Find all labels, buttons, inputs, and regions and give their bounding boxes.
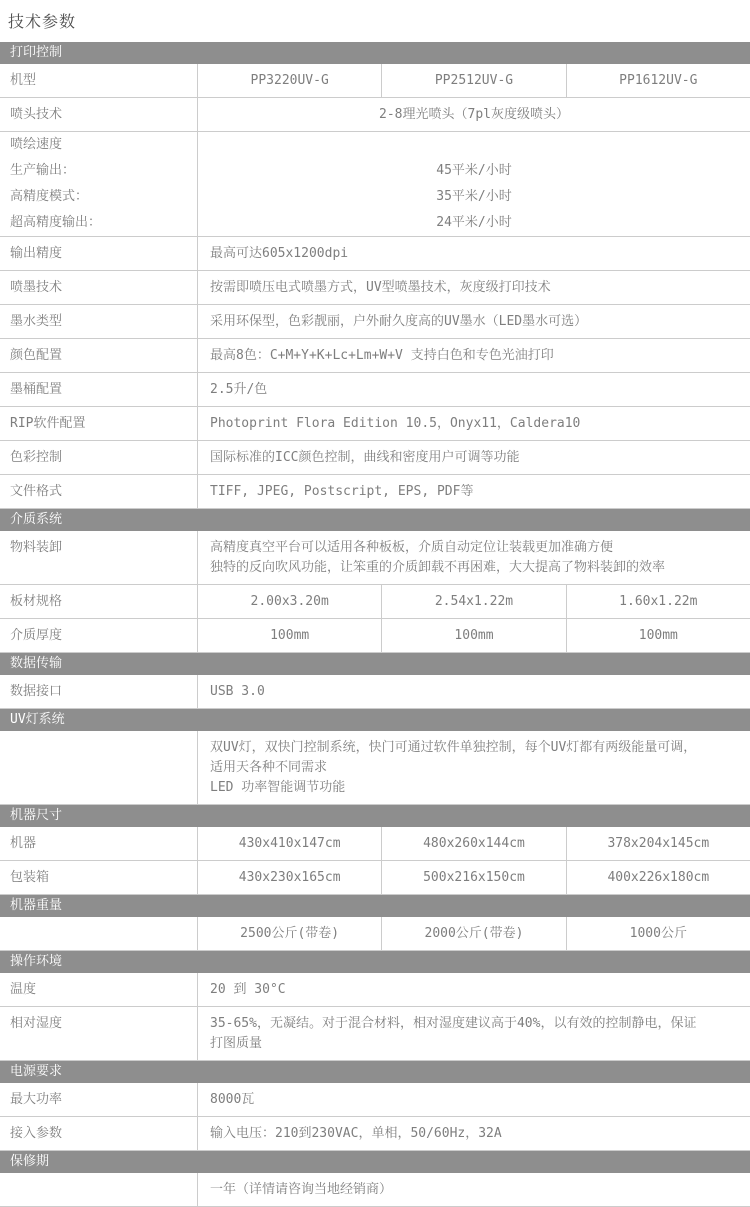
table-row: RIP软件配置Photoprint Flora Edition 10.5，Ony… xyxy=(0,407,750,441)
section-header: 电源要求 xyxy=(0,1061,750,1083)
section-header: 保修期 xyxy=(0,1151,750,1173)
text-line: 输入电压：210到230VAC，单相，50/60Hz，32A xyxy=(210,1124,736,1144)
row-label xyxy=(0,731,197,804)
row-value: 45平米/小时35平米/小时24平米/小时 xyxy=(197,132,750,236)
row-label: 文件格式 xyxy=(0,475,197,508)
spec-table: 打印控制机型PP3220UV-GPP2512UV-GPP1612UV-G喷头技术… xyxy=(0,42,750,1207)
section-header: 机器尺寸 xyxy=(0,805,750,827)
row-value: 采用环保型，色彩靓丽，户外耐久度高的UV墨水（LED墨水可选） xyxy=(197,305,750,338)
row-value: 按需即喷压电式喷墨方式，UV型喷墨技术，灰度级打印技术 xyxy=(197,271,750,304)
row-value: 最高可达605x1200dpi xyxy=(197,237,750,270)
text-line: 双UV灯，双快门控制系统，快门可通过软件单独控制，每个UV灯都有两级能量可调， xyxy=(210,738,736,758)
text-line: LED 功率智能调节功能 xyxy=(210,778,736,798)
row-label: 机器 xyxy=(0,827,197,860)
text-line: USB 3.0 xyxy=(210,682,736,702)
row-value: 100mm xyxy=(566,619,750,652)
section-header: 打印控制 xyxy=(0,42,750,64)
row-value: 378x204x145cm xyxy=(566,827,750,860)
spec-sheet-page: 技术参数 打印控制机型PP3220UV-GPP2512UV-GPP1612UV-… xyxy=(0,0,750,1207)
text-line: 一年（详情请咨询当地经销商） xyxy=(210,1180,736,1200)
table-row: 墨水类型采用环保型，色彩靓丽，户外耐久度高的UV墨水（LED墨水可选） xyxy=(0,305,750,339)
section-header: UV灯系统 xyxy=(0,709,750,731)
text-line: 8000瓦 xyxy=(210,1090,736,1110)
text-line: 生产输出： xyxy=(10,158,191,184)
row-value: USB 3.0 xyxy=(197,675,750,708)
page-title: 技术参数 xyxy=(0,0,750,42)
text-line: 喷绘速度 xyxy=(10,132,191,158)
row-value: 2-8理光喷头（7pl灰度级喷头） xyxy=(197,98,750,131)
table-row: 数据接口USB 3.0 xyxy=(0,675,750,709)
row-value: 400x226x180cm xyxy=(566,861,750,894)
row-label xyxy=(0,917,197,950)
text-line: 24平米/小时 xyxy=(202,210,746,236)
table-row: 最大功率8000瓦 xyxy=(0,1083,750,1117)
row-value: 双UV灯，双快门控制系统，快门可通过软件单独控制，每个UV灯都有两级能量可调，适… xyxy=(197,731,750,804)
row-value: 430x410x147cm xyxy=(197,827,381,860)
table-row: 温度20 到 30°C xyxy=(0,973,750,1007)
text-line: TIFF, JPEG, Postscript, EPS, PDF等 xyxy=(210,482,736,502)
row-value: TIFF, JPEG, Postscript, EPS, PDF等 xyxy=(197,475,750,508)
text-line: Photoprint Flora Edition 10.5，Onyx11，Cal… xyxy=(210,414,736,434)
row-label: 包装箱 xyxy=(0,861,197,894)
row-label: 输出精度 xyxy=(0,237,197,270)
row-value: 一年（详情请咨询当地经销商） xyxy=(197,1173,750,1206)
row-value: 输入电压：210到230VAC，单相，50/60Hz，32A xyxy=(197,1117,750,1150)
row-label: 数据接口 xyxy=(0,675,197,708)
table-row: 喷墨技术按需即喷压电式喷墨方式，UV型喷墨技术，灰度级打印技术 xyxy=(0,271,750,305)
row-label: 墨水类型 xyxy=(0,305,197,338)
row-label: 喷墨技术 xyxy=(0,271,197,304)
table-row: 一年（详情请咨询当地经销商） xyxy=(0,1173,750,1207)
table-row: 色彩控制国际标准的ICC颜色控制，曲线和密度用户可调等功能 xyxy=(0,441,750,475)
row-label: 墨桶配置 xyxy=(0,373,197,406)
row-value: 35-65%，无凝结。对于混合材料，相对湿度建议高于40%，以有效的控制静电，保… xyxy=(197,1007,750,1060)
text-line: 独特的反向吹风功能，让笨重的介质卸载不再困难，大大提高了物料装卸的效率 xyxy=(210,558,736,578)
row-value: 20 到 30°C xyxy=(197,973,750,1006)
table-row: 颜色配置最高8色：C+M+Y+K+Lc+Lm+W+V 支持白色和专色光油打印 xyxy=(0,339,750,373)
row-value: 100mm xyxy=(381,619,565,652)
row-value: 高精度真空平台可以适用各种板板，介质自动定位让装载更加准确方便独特的反向吹风功能… xyxy=(197,531,750,584)
row-label: 相对湿度 xyxy=(0,1007,197,1060)
table-row: 双UV灯，双快门控制系统，快门可通过软件单独控制，每个UV灯都有两级能量可调，适… xyxy=(0,731,750,805)
text-line: 35平米/小时 xyxy=(202,184,746,210)
row-label: 最大功率 xyxy=(0,1083,197,1116)
table-row: 2500公斤(带卷)2000公斤(带卷)1000公斤 xyxy=(0,917,750,951)
table-row: 机型PP3220UV-GPP2512UV-GPP1612UV-G xyxy=(0,64,750,98)
text-line: 高精度模式： xyxy=(10,184,191,210)
row-label: RIP软件配置 xyxy=(0,407,197,440)
row-label: 板材规格 xyxy=(0,585,197,618)
row-label xyxy=(0,1173,197,1206)
text-line: 高精度真空平台可以适用各种板板，介质自动定位让装载更加准确方便 xyxy=(210,538,736,558)
table-row: 输出精度最高可达605x1200dpi xyxy=(0,237,750,271)
text-line: 国际标准的ICC颜色控制，曲线和密度用户可调等功能 xyxy=(210,448,736,468)
text-line: 按需即喷压电式喷墨方式，UV型喷墨技术，灰度级打印技术 xyxy=(210,278,736,298)
table-row: 机器430x410x147cm480x260x144cm378x204x145c… xyxy=(0,827,750,861)
row-value: 1.60x1.22m xyxy=(566,585,750,618)
row-label: 喷绘速度生产输出：高精度模式：超高精度输出： xyxy=(0,132,197,236)
text-line: 超高精度输出： xyxy=(10,210,191,236)
row-value: Photoprint Flora Edition 10.5，Onyx11，Cal… xyxy=(197,407,750,440)
row-value: 最高8色：C+M+Y+K+Lc+Lm+W+V 支持白色和专色光油打印 xyxy=(197,339,750,372)
text-line: 45平米/小时 xyxy=(202,158,746,184)
text-line: 采用环保型，色彩靓丽，户外耐久度高的UV墨水（LED墨水可选） xyxy=(210,312,736,332)
table-row: 文件格式TIFF, JPEG, Postscript, EPS, PDF等 xyxy=(0,475,750,509)
row-label: 喷头技术 xyxy=(0,98,197,131)
row-value: 国际标准的ICC颜色控制，曲线和密度用户可调等功能 xyxy=(197,441,750,474)
row-value: PP3220UV-G xyxy=(197,64,381,97)
text-line xyxy=(202,132,746,158)
row-value: 100mm xyxy=(197,619,381,652)
table-row: 介质厚度100mm100mm100mm xyxy=(0,619,750,653)
text-line: 最高8色：C+M+Y+K+Lc+Lm+W+V 支持白色和专色光油打印 xyxy=(210,346,736,366)
row-value: 500x216x150cm xyxy=(381,861,565,894)
row-value: 1000公斤 xyxy=(566,917,750,950)
row-label: 接入参数 xyxy=(0,1117,197,1150)
text-line: 打图质量 xyxy=(210,1034,736,1054)
row-value: 480x260x144cm xyxy=(381,827,565,860)
table-row: 墨桶配置2.5升/色 xyxy=(0,373,750,407)
text-line: 最高可达605x1200dpi xyxy=(210,244,736,264)
row-label: 介质厚度 xyxy=(0,619,197,652)
text-line: 2.5升/色 xyxy=(210,380,736,400)
row-value: 2000公斤(带卷) xyxy=(381,917,565,950)
section-header: 操作环境 xyxy=(0,951,750,973)
table-row: 物料装卸高精度真空平台可以适用各种板板，介质自动定位让装载更加准确方便独特的反向… xyxy=(0,531,750,585)
row-label: 物料装卸 xyxy=(0,531,197,584)
row-value: PP2512UV-G xyxy=(381,64,565,97)
row-value: 8000瓦 xyxy=(197,1083,750,1116)
table-row: 喷绘速度生产输出：高精度模式：超高精度输出： 45平米/小时35平米/小时24平… xyxy=(0,132,750,237)
section-header: 数据传输 xyxy=(0,653,750,675)
text-line: 适用天各种不同需求 xyxy=(210,758,736,778)
text-line: 2-8理光喷头（7pl灰度级喷头） xyxy=(202,105,746,125)
text-line: 35-65%，无凝结。对于混合材料，相对湿度建议高于40%，以有效的控制静电，保… xyxy=(210,1014,736,1034)
row-label: 温度 xyxy=(0,973,197,1006)
table-row: 相对湿度35-65%，无凝结。对于混合材料，相对湿度建议高于40%，以有效的控制… xyxy=(0,1007,750,1061)
text-line: 20 到 30°C xyxy=(210,980,736,1000)
table-row: 喷头技术2-8理光喷头（7pl灰度级喷头） xyxy=(0,98,750,132)
row-value: 2.00x3.20m xyxy=(197,585,381,618)
row-label: 颜色配置 xyxy=(0,339,197,372)
row-value: 2.5升/色 xyxy=(197,373,750,406)
row-value: 2.54x1.22m xyxy=(381,585,565,618)
row-value: PP1612UV-G xyxy=(566,64,750,97)
table-row: 板材规格2.00x3.20m2.54x1.22m1.60x1.22m xyxy=(0,585,750,619)
table-row: 接入参数输入电压：210到230VAC，单相，50/60Hz，32A xyxy=(0,1117,750,1151)
section-header: 介质系统 xyxy=(0,509,750,531)
row-value: 430x230x165cm xyxy=(197,861,381,894)
row-value: 2500公斤(带卷) xyxy=(197,917,381,950)
row-label: 色彩控制 xyxy=(0,441,197,474)
table-row: 包装箱430x230x165cm500x216x150cm400x226x180… xyxy=(0,861,750,895)
row-label: 机型 xyxy=(0,64,197,97)
section-header: 机器重量 xyxy=(0,895,750,917)
